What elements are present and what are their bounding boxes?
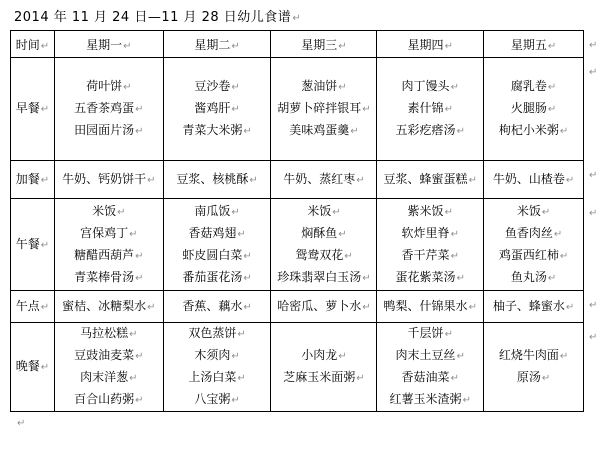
menu-item: 原汤↵ xyxy=(485,367,582,389)
menu-item: 番茄蛋花汤↵ xyxy=(165,267,270,289)
menu-item: 宫保鸡丁↵ xyxy=(56,223,162,245)
menu-item-text: 鸳鸯双花 xyxy=(295,248,343,262)
menu-item: 上汤白菜↵ xyxy=(165,367,270,389)
paragraph-mark-icon: ↵ xyxy=(445,104,453,115)
paragraph-mark-icon: ↵ xyxy=(451,373,459,384)
menu-row: 早餐↵荷叶饼↵五香茶鸡蛋↵田园面片汤↵豆沙卷↵酱鸡肝↵青菜大米粥↵葱油饼↵胡萝卜… xyxy=(11,58,600,161)
menu-item: 香蕉、藕水↵ xyxy=(165,296,270,318)
menu-cell: 肉丁馒头↵素什锦↵五彩疙瘩汤↵ xyxy=(377,58,484,161)
meal-label-cell: 晚餐↵ xyxy=(11,323,55,412)
paragraph-mark-icon: ↵ xyxy=(123,41,131,52)
paragraph-mark-icon: ↵ xyxy=(554,229,562,240)
menu-item: 八宝粥↵ xyxy=(165,389,270,411)
header-text: 星期四 xyxy=(408,38,444,52)
paragraph-mark-icon: ↵ xyxy=(237,373,245,384)
paragraph-mark-icon: ↵ xyxy=(560,126,568,137)
menu-item-text: 香蕉、藕水 xyxy=(182,299,242,313)
menu-item-text: 豆浆、核桃酥 xyxy=(176,172,248,186)
paragraph-mark-icon: ↵ xyxy=(129,229,137,240)
menu-row: 午点↵蜜桔、冰糖梨水↵香蕉、藕水↵哈密瓜、萝卜水↵鸭梨、什锦果水↵柚子、蜂蜜水↵… xyxy=(11,291,600,323)
menu-cell: 马拉松糕↵豆豉油麦菜↵肉末洋葱↵百合山药粥↵ xyxy=(54,323,163,412)
menu-item: 软炸里脊↵ xyxy=(378,223,482,245)
menu-item: 酱鸡肝↵ xyxy=(165,98,270,120)
paragraph-mark-icon: ↵ xyxy=(129,329,137,340)
menu-cell: 荷叶饼↵五香茶鸡蛋↵田园面片汤↵ xyxy=(54,58,163,161)
menu-item-text: 双色蒸饼 xyxy=(188,326,236,340)
menu-item-text: 鸭梨、什锦果水 xyxy=(384,299,468,313)
paragraph-mark-icon: ↵ xyxy=(237,229,245,240)
menu-item-text: 胡萝卜碎拌银耳 xyxy=(277,101,361,115)
menu-item: 素什锦↵ xyxy=(378,98,482,120)
menu-item-text: 葱油饼 xyxy=(301,79,337,93)
paragraph-mark-icon: ↵ xyxy=(231,41,239,52)
menu-item: 美味鸡蛋羹↵ xyxy=(272,120,375,142)
paragraph-mark-icon: ↵ xyxy=(548,41,556,52)
menu-item-text: 蜜桔、冰糖梨水 xyxy=(62,299,146,313)
menu-item-text: 鱼香肉丝 xyxy=(505,226,553,240)
menu-item-text: 枸杞小米粥 xyxy=(499,123,559,137)
menu-item-text: 米饭 xyxy=(307,204,331,218)
paragraph-mark-icon: ↵ xyxy=(451,251,459,262)
menu-item-text: 八宝粥 xyxy=(194,392,230,406)
menu-item-text: 香菇油菜 xyxy=(402,370,450,384)
paragraph-mark-icon: ↵ xyxy=(41,362,49,373)
header-cell-tuesday: 星期二↵ xyxy=(163,31,271,58)
header-row: 时间↵ 星期一↵ 星期二↵ 星期三↵ 星期四↵ 星期五↵ ↵ xyxy=(11,31,600,58)
menu-item: 火腿肠↵ xyxy=(485,98,582,120)
menu-item: 马拉松糕↵ xyxy=(56,323,162,345)
menu-item-text: 红薯玉米渣粥 xyxy=(390,392,462,406)
menu-item-text: 火腿肠 xyxy=(511,101,547,115)
header-text: 时间 xyxy=(16,38,40,52)
menu-item-text: 牛奶、山楂卷 xyxy=(493,172,565,186)
menu-cell: 牛奶、山楂卷↵ xyxy=(484,161,584,199)
menu-item: 牛奶、蒸红枣↵ xyxy=(272,169,375,191)
paragraph-mark-icon: ↵ xyxy=(237,329,245,340)
paragraph-mark-icon: ↵ xyxy=(332,207,340,218)
menu-item: 五香茶鸡蛋↵ xyxy=(56,98,162,120)
header-cell-friday: 星期五↵ xyxy=(484,31,584,58)
menu-cell: 葱油饼↵胡萝卜碎拌银耳↵美味鸡蛋羹↵ xyxy=(271,58,377,161)
menu-cell: 豆浆、核桃酥↵ xyxy=(163,161,271,199)
menu-item-text: 宫保鸡丁 xyxy=(80,226,128,240)
menu-item-text: 五香茶鸡蛋 xyxy=(74,101,134,115)
paragraph-mark-icon: ↵ xyxy=(445,41,453,52)
paragraph-mark-icon: ↵ xyxy=(469,302,477,313)
menu-item-text: 南瓜饭 xyxy=(194,204,230,218)
menu-item-text: 肉末洋葱 xyxy=(80,370,128,384)
menu-item: 胡萝卜碎拌银耳↵ xyxy=(272,98,375,120)
menu-item: 小肉龙↵ xyxy=(272,345,375,367)
paragraph-mark-icon: ↵ xyxy=(41,104,49,115)
paragraph-mark-icon: ↵ xyxy=(589,208,597,219)
menu-cell: 千层饼↵肉末土豆丝↵香菇油菜↵红薯玉米渣粥↵ xyxy=(377,323,484,412)
paragraph-mark-icon: ↵ xyxy=(135,351,143,362)
header-text: 星期二 xyxy=(194,38,230,52)
menu-item: 米饭↵ xyxy=(272,201,375,223)
menu-cell: 双色蒸饼↵木须肉↵上汤白菜↵八宝粥↵ xyxy=(163,323,271,412)
menu-item: 牛奶、山楂卷↵ xyxy=(485,169,582,191)
meal-label-text: 午餐 xyxy=(16,237,40,251)
header-cell-time: 时间↵ xyxy=(11,31,55,58)
menu-row: 加餐↵牛奶、钙奶饼干↵豆浆、核桃酥↵牛奶、蒸红枣↵豆浆、蜂蜜蛋糕↵牛奶、山楂卷↵… xyxy=(11,161,600,199)
menu-item: 肉丁馒头↵ xyxy=(378,76,482,98)
menu-item: 田园面片汤↵ xyxy=(56,120,162,142)
paragraph-mark-icon: ↵ xyxy=(457,126,465,137)
paragraph-mark-icon: ↵ xyxy=(350,126,358,137)
meal-label-cell: 午点↵ xyxy=(11,291,55,323)
menu-item: 双色蒸饼↵ xyxy=(165,323,270,345)
menu-item: 枸杞小米粥↵ xyxy=(485,120,582,142)
paragraph-mark-icon: ↵ xyxy=(362,104,370,115)
paragraph-mark-icon: ↵ xyxy=(231,207,239,218)
row-end-mark-cell: ↵ xyxy=(583,291,599,323)
menu-item: 鸡蛋西红柿↵ xyxy=(485,245,582,267)
menu-item-text: 酱鸡肝 xyxy=(194,101,230,115)
paragraph-mark-icon: ↵ xyxy=(41,240,49,251)
paragraph-mark-icon: ↵ xyxy=(135,126,143,137)
menu-item: 豆沙卷↵ xyxy=(165,76,270,98)
menu-item-text: 千层饼 xyxy=(408,326,444,340)
menu-item-text: 柚子、蜂蜜水 xyxy=(493,299,565,313)
meal-label: 午点↵ xyxy=(12,296,53,318)
paragraph-mark-icon: ↵ xyxy=(135,395,143,406)
menu-cell: 米饭↵鱼香肉丝↵鸡蛋西红柿↵鱼丸汤↵ xyxy=(484,199,584,291)
menu-item: 紫米饭↵ xyxy=(378,201,482,223)
paragraph-mark-icon: ↵ xyxy=(147,175,155,186)
menu-item-text: 牛奶、蒸红枣 xyxy=(283,172,355,186)
menu-cell: 牛奶、蒸红枣↵ xyxy=(271,161,377,199)
paragraph-mark-icon: ↵ xyxy=(41,41,49,52)
paragraph-mark-icon: ↵ xyxy=(292,13,301,24)
menu-item-text: 香干芹菜 xyxy=(402,248,450,262)
menu-item: 葱油饼↵ xyxy=(272,76,375,98)
paragraph-mark-icon: ↵ xyxy=(356,373,364,384)
menu-item-text: 豆沙卷 xyxy=(194,79,230,93)
menu-item: 青菜棒骨汤↵ xyxy=(56,267,162,289)
meal-label-text: 晚餐 xyxy=(16,359,40,373)
menu-item-text: 米饭 xyxy=(517,204,541,218)
row-end-mark-cell: ↵ xyxy=(583,58,599,161)
menu-item-text: 素什锦 xyxy=(408,101,444,115)
menu-cell: 豆沙卷↵酱鸡肝↵青菜大米粥↵ xyxy=(163,58,271,161)
header-text: 星期一 xyxy=(86,38,122,52)
menu-item-text: 上汤白菜 xyxy=(188,370,236,384)
menu-item: 香菇油菜↵ xyxy=(378,367,482,389)
menu-item: 鸳鸯双花↵ xyxy=(272,245,375,267)
paragraph-mark-icon: ↵ xyxy=(445,329,453,340)
menu-item: 香干芹菜↵ xyxy=(378,245,482,267)
menu-cell: 南瓜饭↵香菇鸡翅↵虾皮圆白菜↵番茄蛋花汤↵ xyxy=(163,199,271,291)
menu-item-text: 豆豉油麦菜 xyxy=(74,348,134,362)
paragraph-mark-icon: ↵ xyxy=(129,373,137,384)
page-title-text: 2014 年 11 月 24 日—11 月 28 日幼儿食谱 xyxy=(14,10,291,25)
menu-item-text: 青菜大米粥 xyxy=(182,123,242,137)
menu-cell: 紫米饭↵软炸里脊↵香干芹菜↵蛋花紫菜汤↵ xyxy=(377,199,484,291)
menu-item-text: 芝麻玉米面粥 xyxy=(283,370,355,384)
paragraph-mark-icon: ↵ xyxy=(231,351,239,362)
menu-item-text: 米饭 xyxy=(92,204,116,218)
header-cell-wednesday: 星期三↵ xyxy=(271,31,377,58)
after-table-paragraph: ↵ xyxy=(16,411,25,430)
row-end-mark-cell: ↵ xyxy=(583,199,599,291)
paragraph-mark-icon: ↵ xyxy=(243,126,251,137)
menu-item-text: 珍珠翡翠白玉汤 xyxy=(277,270,361,284)
meal-label-text: 加餐 xyxy=(16,172,40,186)
menu-cell: 米饭↵焖酥鱼↵鸳鸯双花↵珍珠翡翠白玉汤↵ xyxy=(271,199,377,291)
menu-item: 百合山药粥↵ xyxy=(56,389,162,411)
menu-item: 红烧牛肉面↵ xyxy=(485,345,582,367)
menu-item: 糖醋西葫芦↵ xyxy=(56,245,162,267)
paragraph-mark-icon: ↵ xyxy=(457,273,465,284)
menu-item: 荷叶饼↵ xyxy=(56,76,162,98)
paragraph-mark-icon: ↵ xyxy=(231,395,239,406)
paragraph-mark-icon: ↵ xyxy=(135,251,143,262)
paragraph-mark-icon: ↵ xyxy=(243,273,251,284)
paragraph-mark-icon: ↵ xyxy=(135,273,143,284)
paragraph-mark-icon: ↵ xyxy=(566,302,574,313)
menu-item: 肉末洋葱↵ xyxy=(56,367,162,389)
menu-item: 五彩疙瘩汤↵ xyxy=(378,120,482,142)
menu-table: 时间↵ 星期一↵ 星期二↵ 星期三↵ 星期四↵ 星期五↵ ↵ 早餐↵荷叶饼↵五香… xyxy=(10,30,600,412)
row-end-mark-cell: ↵ xyxy=(583,323,599,412)
paragraph-mark-icon: ↵ xyxy=(117,207,125,218)
menu-cell: 香蕉、藕水↵ xyxy=(163,291,271,323)
paragraph-mark-icon: ↵ xyxy=(249,175,257,186)
paragraph-mark-icon: ↵ xyxy=(560,251,568,262)
paragraph-mark-icon: ↵ xyxy=(566,175,574,186)
paragraph-mark-icon: ↵ xyxy=(560,351,568,362)
menu-item-text: 腐乳卷 xyxy=(511,79,547,93)
menu-item: 肉末土豆丝↵ xyxy=(378,345,482,367)
paragraph-mark-icon: ↵ xyxy=(542,373,550,384)
menu-item: 虾皮圆白菜↵ xyxy=(165,245,270,267)
menu-cell: 小肉龙↵芝麻玉米面粥↵ xyxy=(271,323,377,412)
paragraph-mark-icon: ↵ xyxy=(589,40,597,51)
menu-item-text: 田园面片汤 xyxy=(74,123,134,137)
menu-item: 米饭↵ xyxy=(56,201,162,223)
paragraph-mark-icon: ↵ xyxy=(457,351,465,362)
menu-cell: 柚子、蜂蜜水↵ xyxy=(484,291,584,323)
menu-item-text: 紫米饭 xyxy=(408,204,444,218)
paragraph-mark-icon: ↵ xyxy=(243,251,251,262)
paragraph-mark-icon: ↵ xyxy=(338,229,346,240)
meal-label: 早餐↵ xyxy=(12,98,53,120)
menu-item-text: 哈密瓜、萝卜水 xyxy=(277,299,361,313)
paragraph-mark-icon: ↵ xyxy=(41,302,49,313)
menu-item: 鱼香肉丝↵ xyxy=(485,223,582,245)
paragraph-mark-icon: ↵ xyxy=(542,207,550,218)
menu-item: 蛋花紫菜汤↵ xyxy=(378,267,482,289)
menu-item: 鸭梨、什锦果水↵ xyxy=(378,296,482,318)
menu-item-text: 鸡蛋西红柿 xyxy=(499,248,559,262)
menu-cell: 米饭↵宫保鸡丁↵糖醋西葫芦↵青菜棒骨汤↵ xyxy=(54,199,163,291)
paragraph-mark-icon: ↵ xyxy=(123,82,131,93)
paragraph-mark-icon: ↵ xyxy=(338,351,346,362)
menu-item: 芝麻玉米面粥↵ xyxy=(272,367,375,389)
menu-item-text: 青菜棒骨汤 xyxy=(74,270,134,284)
paragraph-mark-icon: ↵ xyxy=(548,273,556,284)
menu-item-text: 豆浆、蜂蜜蛋糕 xyxy=(384,172,468,186)
paragraph-mark-icon: ↵ xyxy=(338,82,346,93)
menu-item: 柚子、蜂蜜水↵ xyxy=(485,296,582,318)
paragraph-mark-icon: ↵ xyxy=(451,82,459,93)
menu-item-text: 小肉龙 xyxy=(301,348,337,362)
paragraph-mark-icon: ↵ xyxy=(362,273,370,284)
menu-item: 豆浆、核桃酥↵ xyxy=(165,169,270,191)
paragraph-mark-icon: ↵ xyxy=(41,175,49,186)
menu-item: 焖酥鱼↵ xyxy=(272,223,375,245)
page-title: 2014 年 11 月 24 日—11 月 28 日幼儿食谱↵ xyxy=(14,6,301,25)
meal-label-text: 午点 xyxy=(16,299,40,313)
menu-cell: 鸭梨、什锦果水↵ xyxy=(377,291,484,323)
menu-cell: 蜜桔、冰糖梨水↵ xyxy=(54,291,163,323)
paragraph-mark-icon: ↵ xyxy=(362,302,370,313)
menu-cell: 哈密瓜、萝卜水↵ xyxy=(271,291,377,323)
paragraph-mark-icon: ↵ xyxy=(589,332,597,343)
menu-item-text: 糖醋西葫芦 xyxy=(74,248,134,262)
paragraph-mark-icon: ↵ xyxy=(589,170,597,181)
paragraph-mark-icon: ↵ xyxy=(147,302,155,313)
header-text: 星期三 xyxy=(301,38,337,52)
menu-item: 腐乳卷↵ xyxy=(485,76,582,98)
menu-item-text: 百合山药粥 xyxy=(74,392,134,406)
menu-item: 南瓜饭↵ xyxy=(165,201,270,223)
paragraph-mark-icon: ↵ xyxy=(231,82,239,93)
meal-label-cell: 加餐↵ xyxy=(11,161,55,199)
menu-item: 青菜大米粥↵ xyxy=(165,120,270,142)
header-cell-monday: 星期一↵ xyxy=(54,31,163,58)
meal-label: 加餐↵ xyxy=(12,169,53,191)
menu-item: 蜜桔、冰糖梨水↵ xyxy=(56,296,162,318)
paragraph-mark-icon: ↵ xyxy=(445,207,453,218)
menu-item-text: 红烧牛肉面 xyxy=(499,348,559,362)
paragraph-mark-icon: ↵ xyxy=(17,418,25,429)
menu-item-text: 木须肉 xyxy=(194,348,230,362)
menu-item-text: 番茄蛋花汤 xyxy=(182,270,242,284)
menu-item-text: 软炸里脊 xyxy=(402,226,450,240)
paragraph-mark-icon: ↵ xyxy=(135,104,143,115)
menu-item: 牛奶、钙奶饼干↵ xyxy=(56,169,162,191)
menu-cell: 红烧牛肉面↵原汤↵ xyxy=(484,323,584,412)
menu-item-text: 焖酥鱼 xyxy=(301,226,337,240)
menu-item-text: 肉丁馒头 xyxy=(402,79,450,93)
meal-label: 晚餐↵ xyxy=(12,356,53,378)
header-cell-thursday: 星期四↵ xyxy=(377,31,484,58)
paragraph-mark-icon: ↵ xyxy=(463,395,471,406)
meal-label-cell: 早餐↵ xyxy=(11,58,55,161)
paragraph-mark-icon: ↵ xyxy=(589,300,597,311)
menu-item: 香菇鸡翅↵ xyxy=(165,223,270,245)
menu-table-body: 时间↵ 星期一↵ 星期二↵ 星期三↵ 星期四↵ 星期五↵ ↵ 早餐↵荷叶饼↵五香… xyxy=(11,31,600,412)
menu-item-text: 鱼丸汤 xyxy=(511,270,547,284)
meal-label: 午餐↵ xyxy=(12,234,53,256)
menu-item: 木须肉↵ xyxy=(165,345,270,367)
menu-cell: 豆浆、蜂蜜蛋糕↵ xyxy=(377,161,484,199)
paragraph-mark-icon: ↵ xyxy=(548,104,556,115)
menu-item-text: 荷叶饼 xyxy=(86,79,122,93)
menu-item: 豆豉油麦菜↵ xyxy=(56,345,162,367)
menu-item-text: 牛奶、钙奶饼干 xyxy=(62,172,146,186)
row-end-mark-cell: ↵ xyxy=(583,161,599,199)
paragraph-mark-icon: ↵ xyxy=(231,104,239,115)
menu-item-text: 香菇鸡翅 xyxy=(188,226,236,240)
menu-item: 千层饼↵ xyxy=(378,323,482,345)
paragraph-mark-icon: ↵ xyxy=(356,175,364,186)
menu-item: 珍珠翡翠白玉汤↵ xyxy=(272,267,375,289)
menu-item-text: 五彩疙瘩汤 xyxy=(396,123,456,137)
paragraph-mark-icon: ↵ xyxy=(344,251,352,262)
menu-item: 豆浆、蜂蜜蛋糕↵ xyxy=(378,169,482,191)
paragraph-mark-icon: ↵ xyxy=(338,41,346,52)
menu-item-text: 马拉松糕 xyxy=(80,326,128,340)
meal-label-text: 早餐 xyxy=(16,101,40,115)
menu-item: 红薯玉米渣粥↵ xyxy=(378,389,482,411)
menu-item-text: 肉末土豆丝 xyxy=(396,348,456,362)
row-end-mark-cell: ↵ xyxy=(583,31,599,58)
menu-item: 哈密瓜、萝卜水↵ xyxy=(272,296,375,318)
menu-row: 午餐↵米饭↵宫保鸡丁↵糖醋西葫芦↵青菜棒骨汤↵南瓜饭↵香菇鸡翅↵虾皮圆白菜↵番茄… xyxy=(11,199,600,291)
paragraph-mark-icon: ↵ xyxy=(548,82,556,93)
menu-item-text: 虾皮圆白菜 xyxy=(182,248,242,262)
menu-cell: 腐乳卷↵火腿肠↵枸杞小米粥↵ xyxy=(484,58,584,161)
paragraph-mark-icon: ↵ xyxy=(469,175,477,186)
paragraph-mark-icon: ↵ xyxy=(589,67,597,78)
menu-item-text: 蛋花紫菜汤 xyxy=(396,270,456,284)
paragraph-mark-icon: ↵ xyxy=(451,229,459,240)
menu-item: 米饭↵ xyxy=(485,201,582,223)
document-page: 2014 年 11 月 24 日—11 月 28 日幼儿食谱↵ 时间↵ 星期一↵… xyxy=(0,0,600,454)
menu-cell: 牛奶、钙奶饼干↵ xyxy=(54,161,163,199)
menu-item: 鱼丸汤↵ xyxy=(485,267,582,289)
menu-item-text: 美味鸡蛋羹 xyxy=(289,123,349,137)
menu-item-text: 原汤 xyxy=(517,370,541,384)
menu-row: 晚餐↵马拉松糕↵豆豉油麦菜↵肉末洋葱↵百合山药粥↵双色蒸饼↵木须肉↵上汤白菜↵八… xyxy=(11,323,600,412)
header-text: 星期五 xyxy=(511,38,547,52)
meal-label-cell: 午餐↵ xyxy=(11,199,55,291)
paragraph-mark-icon: ↵ xyxy=(243,302,251,313)
